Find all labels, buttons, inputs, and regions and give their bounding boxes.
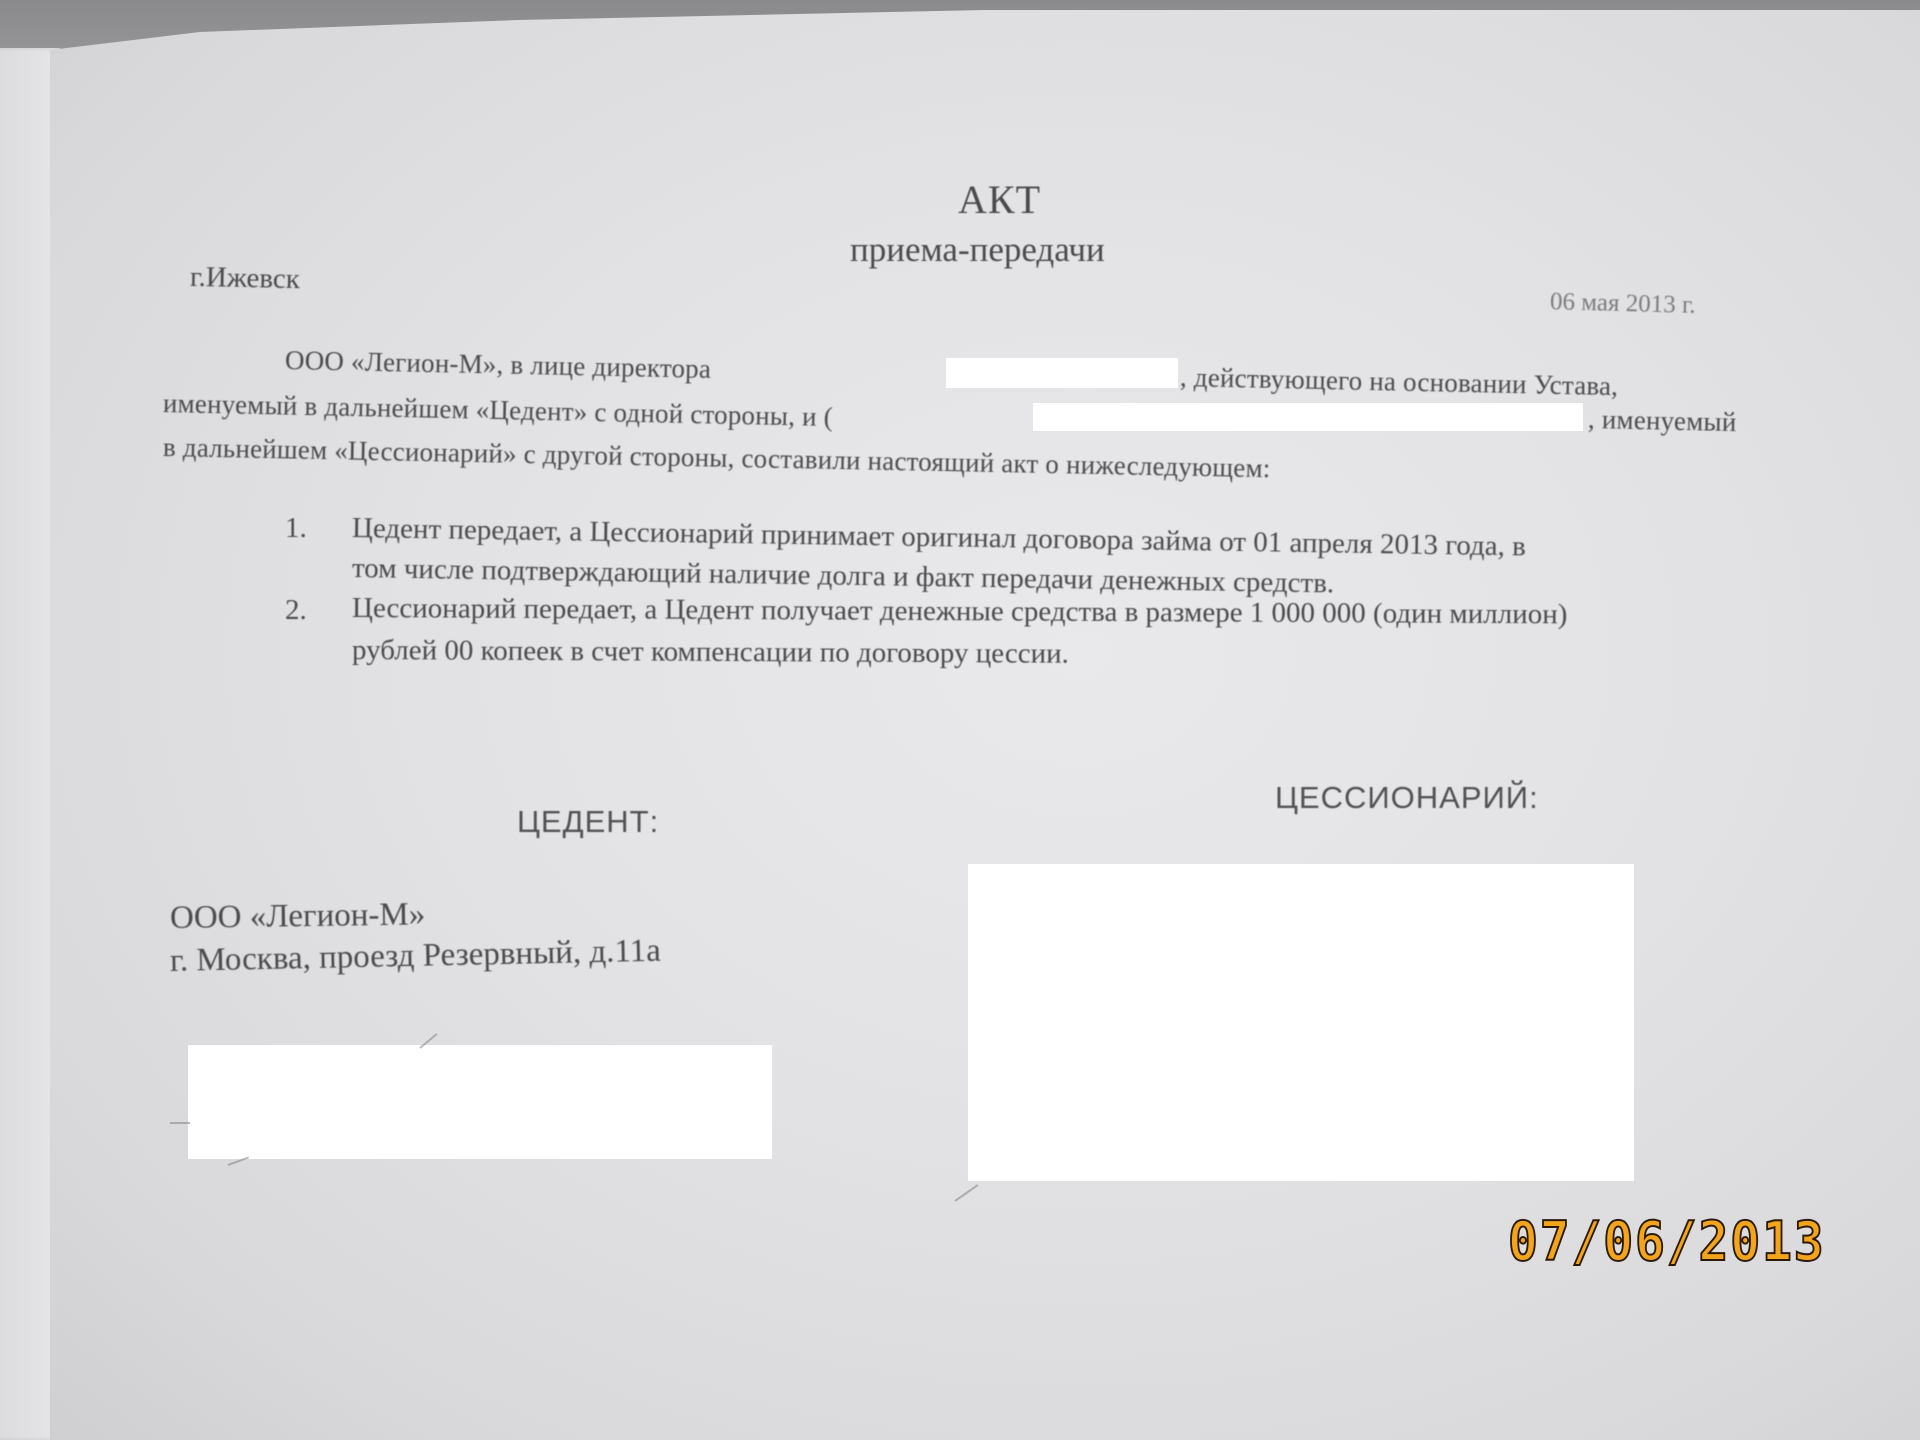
redaction-cessionary-name	[1033, 403, 1583, 431]
item-2-line-1: Цессионарий передает, а Цедент получает …	[352, 592, 1568, 631]
cessionary-heading: ЦЕССИОНАРИЙ:	[1275, 780, 1539, 816]
preamble-line-2b: , именуемый	[1588, 404, 1737, 438]
item-1-number: 1.	[285, 512, 307, 545]
redaction-cedent-signature	[188, 1045, 772, 1159]
document-title: АКТ	[958, 176, 1041, 223]
photo-timestamp: 07/06/2013	[1508, 1210, 1826, 1273]
document-subtitle: приема-передачи	[850, 230, 1105, 270]
redaction-cessionary-details	[968, 864, 1634, 1181]
cedent-company: ООО «Легион-М»	[170, 896, 426, 937]
item-2-number: 2.	[285, 594, 307, 627]
document-city: г.Ижевск	[190, 261, 300, 296]
item-2-line-2: рублей 00 копеек в счет компенсации по д…	[352, 634, 1069, 671]
document-date: 06 мая 2013 г.	[1550, 288, 1696, 320]
cedent-heading: ЦЕДЕНТ:	[517, 804, 659, 840]
redaction-director-name	[946, 358, 1178, 388]
signature-stroke	[170, 1122, 190, 1124]
